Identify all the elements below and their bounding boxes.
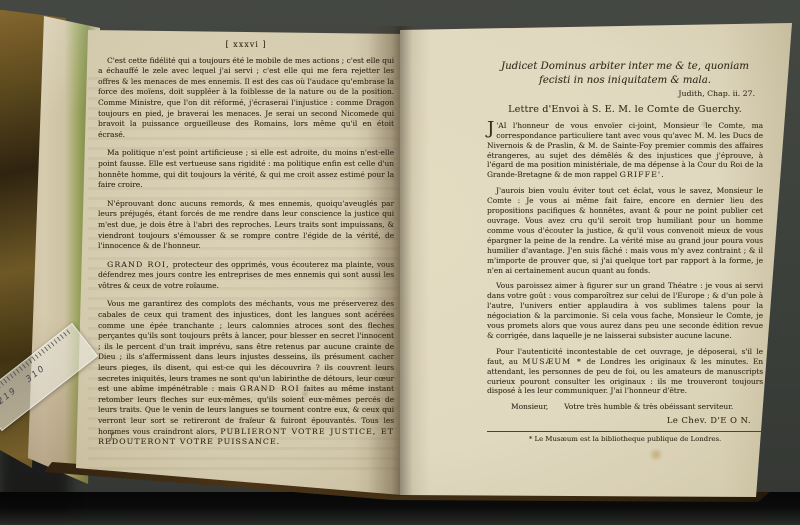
letter-heading: Lettre d'Envoi à S. E. M. le Comte de Gu… bbox=[487, 105, 763, 115]
page-number-header: [ xxxvi ] bbox=[98, 40, 394, 51]
gathering-signature-mark: f bbox=[110, 432, 113, 442]
closing-text: Votre très humble & très obéissant servi… bbox=[564, 402, 733, 411]
book-photo: 219 310 [ xxxvi ] C'est cette fidélité q… bbox=[0, 0, 800, 525]
paragraph: C'est cette fidélité qui a toujours été … bbox=[98, 56, 394, 141]
musaeum-caps: MUSÆUM * bbox=[522, 357, 582, 366]
griffe-caps: GRIFFE'. bbox=[620, 170, 665, 179]
paragraph: GRAND ROI, protecteur des opprimés, vous… bbox=[98, 260, 394, 292]
paragraph: Pour l'autenticité incontestable de cet … bbox=[487, 347, 763, 397]
paragraph-text: Vous me garantirez des complots des méch… bbox=[98, 299, 394, 393]
grand-roi-caps: GRAND ROI, bbox=[107, 260, 170, 269]
drop-cap: J bbox=[487, 121, 496, 136]
paragraph: Ma politique n'est point artificieuse ; … bbox=[98, 148, 394, 190]
closing-line: Monsieur,Votre très humble & très obéiss… bbox=[487, 402, 763, 412]
epigraph-line: Judicet Dominus arbiter inter me & te, q… bbox=[487, 60, 763, 74]
right-page-text: Judicet Dominus arbiter inter me & te, q… bbox=[487, 60, 763, 480]
epigraph-source: Judith, Chap. ii. 27. bbox=[487, 89, 763, 99]
paragraph: J'aurois bien voulu éviter tout cet écla… bbox=[487, 186, 763, 275]
left-page-text: [ xxxvi ] C'est cette fidélité qui a tou… bbox=[98, 40, 394, 470]
signature: Le Chev. D'E O N. bbox=[487, 416, 763, 426]
paragraph: J'AI l'honneur de vous envoïer ci-joint,… bbox=[487, 121, 763, 180]
paragraph: Vous me garantirez des complots des méch… bbox=[98, 299, 394, 447]
grand-roi-caps: GRAND ROI bbox=[240, 384, 300, 393]
paragraph: N'éprouvant donc aucuns remords, & mes e… bbox=[98, 199, 394, 252]
salutation: Monsieur, bbox=[511, 402, 548, 411]
epigraph-line: fecisti in nos iniquitatem & mala. bbox=[487, 74, 763, 88]
footnote-rule bbox=[487, 431, 763, 432]
footnote: * Le Musæum est la bibliotheque publique… bbox=[487, 435, 763, 445]
paragraph: Vous paroissez aimer à figurer sur un gr… bbox=[487, 281, 763, 340]
